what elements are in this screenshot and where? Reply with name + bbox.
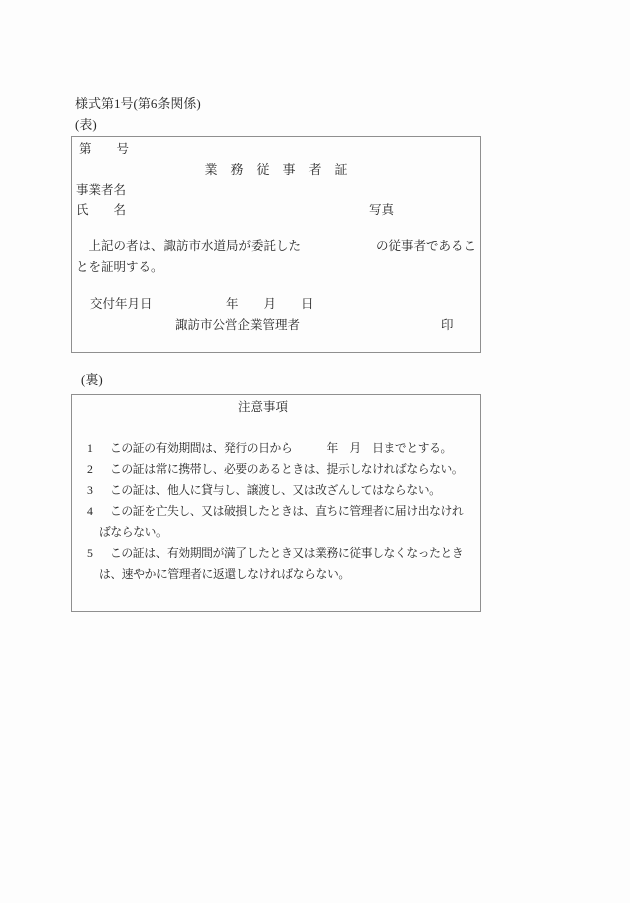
front-side-label: (表) (75, 117, 97, 132)
photo-label: 写真 (369, 203, 394, 218)
back-side-label: (裏) (81, 372, 103, 387)
statement-post: の従事者であるこ (376, 239, 476, 254)
note-text: この証は、有効期間が満了したとき又は業務に従事しなくなったときは、速やかに管理者… (99, 543, 474, 585)
statement-pre: 上記の者は、諏訪市水道局が委託した (76, 239, 301, 254)
certificate-number-line: 第 号 (79, 142, 476, 157)
statement-line2: とを証明する。 (76, 260, 476, 275)
note-text: この証は、他人に貸与し、譲渡し、又は改ざんしてはならない。 (99, 480, 474, 501)
issue-date-label: 交付年月日 (90, 297, 153, 312)
manager-line: 諏訪市公営企業管理者 印 (76, 318, 476, 333)
notes-list: 1 この証の有効期間は、発行の日から 年 月 日までとする。 2 この証は常に携… (72, 438, 480, 585)
note-item: 3 この証は、他人に貸与し、譲渡し、又は改ざんしてはならない。 (99, 480, 474, 501)
certificate-back-box: 注意事項 1 この証の有効期間は、発行の日から 年 月 日までとする。 2 この… (71, 394, 481, 612)
form-number-label: 様式第1号(第6条関係) (75, 96, 201, 111)
name-photo-line: 氏 名 写真 (76, 203, 476, 218)
note-number: 3 (87, 480, 93, 501)
certificate-title: 業 務 従 事 者 証 (72, 162, 480, 177)
note-text: この証を亡失し、又は破損したときは、直ちに管理者に届け出なければならない。 (99, 501, 474, 543)
manager-label: 諏訪市公営企業管理者 (175, 318, 300, 333)
note-item: 2 この証は常に携帯し、必要のあるときは、提示しなければならない。 (99, 459, 474, 480)
certificate-front-box: 第 号 業 務 従 事 者 証 事業者名 氏 名 写真 上記の者は、諏訪市水道局… (71, 136, 481, 353)
note-item: 5 この証は、有効期間が満了したとき又は業務に従事しなくなったときは、速やかに管… (99, 543, 474, 585)
note-number: 2 (87, 459, 93, 480)
note-number: 1 (87, 438, 93, 459)
business-name-label: 事業者名 (76, 183, 476, 198)
issue-date-line: 交付年月日 年 月 日 (76, 297, 476, 312)
notes-title: 注意事項 (72, 400, 480, 415)
statement-line1: 上記の者は、諏訪市水道局が委託した の従事者であるこ (76, 239, 476, 254)
note-number: 4 (87, 501, 93, 522)
seal-label: 印 (441, 318, 454, 333)
note-text: この証の有効期間は、発行の日から 年 月 日までとする。 (99, 438, 474, 459)
note-item: 1 この証の有効期間は、発行の日から 年 月 日までとする。 (99, 438, 474, 459)
note-item: 4 この証を亡失し、又は破損したときは、直ちに管理者に届け出なければならない。 (99, 501, 474, 543)
issue-date-blanks: 年 月 日 (226, 297, 314, 312)
name-label: 氏 名 (76, 203, 126, 217)
note-text: この証は常に携帯し、必要のあるときは、提示しなければならない。 (99, 459, 474, 480)
document-page: 様式第1号(第6条関係) (表) 第 号 業 務 従 事 者 証 事業者名 氏 … (0, 0, 630, 903)
note-number: 5 (87, 543, 93, 564)
